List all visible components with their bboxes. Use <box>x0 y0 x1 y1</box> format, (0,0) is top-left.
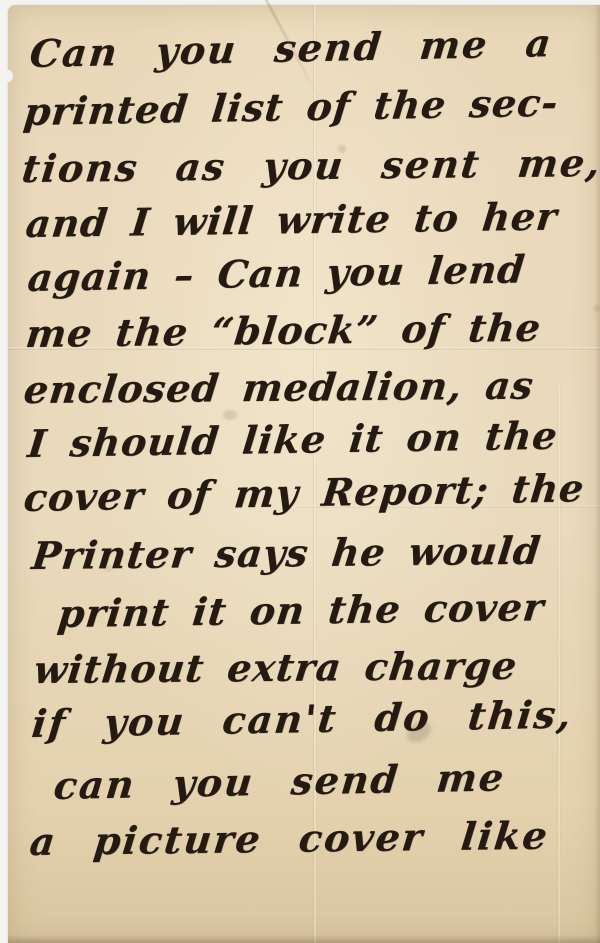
handwritten-line: and I will write to her <box>24 198 559 243</box>
letter-scan: Can you send me a printed list of the se… <box>0 0 600 943</box>
handwritten-line: I should like it on the <box>26 417 560 463</box>
handwritten-line: enclosed medalion, as <box>22 367 536 409</box>
letter-page: Can you send me a printed list of the se… <box>8 5 600 943</box>
handwritten-line: again – Can you lend <box>26 250 527 297</box>
handwritten-line: printed list of the sec- <box>22 84 560 131</box>
handwritten-line: me the “block” of the <box>24 309 543 353</box>
paper-edge-shadow-bottom <box>8 935 600 943</box>
handwritten-line: Can you send me a <box>28 24 554 73</box>
paper-edge-shadow-right <box>594 5 600 943</box>
handwritten-line: print it on the cover <box>56 588 546 633</box>
handwritten-line: if you can't do this, <box>30 696 575 743</box>
handwritten-line: without extra charge <box>32 647 519 689</box>
handwritten-line: tions as you sent me, <box>20 144 600 188</box>
handwritten-line: cover of my Report; the <box>22 469 586 517</box>
paper-edge-notch <box>4 70 13 82</box>
handwritten-line: Printer says he would <box>30 532 543 575</box>
handwritten-line: a picture cover like <box>28 817 551 861</box>
handwritten-line: can you send me <box>52 758 507 805</box>
